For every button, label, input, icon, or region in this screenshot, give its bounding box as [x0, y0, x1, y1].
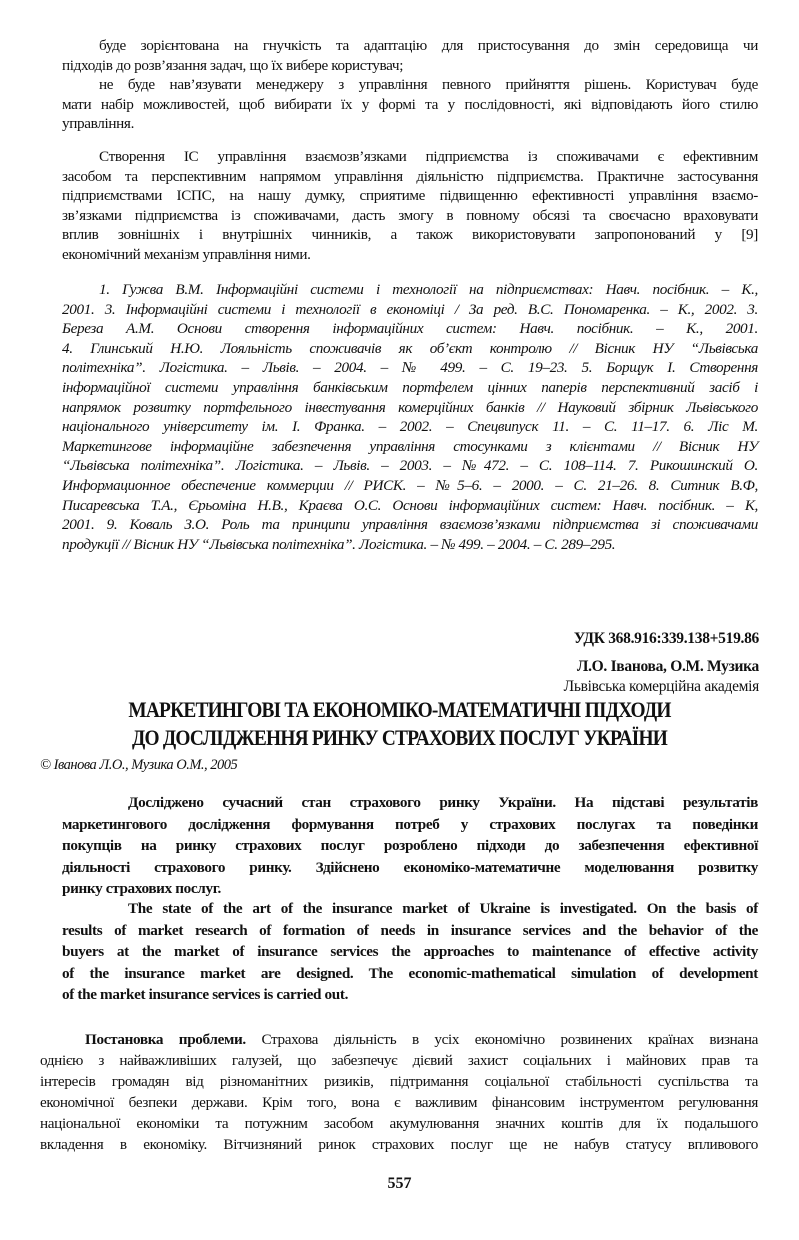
author-affiliation: Львівська комерційна академія: [564, 678, 759, 696]
abstract-line: results of market research of formation …: [62, 920, 758, 942]
abstract-line: of the market insurance services is carr…: [62, 984, 758, 1006]
abstract-line: діяльності страхового ринку. Здійснено е…: [62, 857, 758, 879]
reference-line: інформаційної системи управління банківс…: [62, 378, 758, 398]
abstract-line: покупців на ринку страхових послуг розро…: [62, 835, 758, 857]
text-line: буде зорієнтована на гнучкість та адапта…: [62, 36, 758, 56]
text-line: підприємствами ІСПС, на нашу думку, спри…: [62, 186, 758, 206]
page-number: 557: [0, 1175, 799, 1193]
reference-line: Маркетингове інформаційне забезпечення у…: [62, 437, 758, 457]
title-line: ДО ДОСЛІДЖЕННЯ РИНКУ СТРАХОВИХ ПОСЛУГ УК…: [56, 724, 743, 752]
text-line: вплив зовнішніх і внутрішніх чинників, а…: [62, 225, 758, 245]
abstract-line: маркетингового дослідження формування по…: [62, 814, 758, 836]
text-line: національної економіки та потужним засоб…: [40, 1113, 758, 1134]
reference-line: Береза А.М. Основи створення інформаційн…: [62, 319, 758, 339]
text-line: підходів до розв’язання задач, що їх виб…: [62, 56, 758, 76]
text-line: управління.: [62, 114, 758, 134]
reference-line: 2001. 3. Інформаційні системи і технолог…: [62, 300, 758, 320]
abstract-english: The state of the art of the insurance ma…: [62, 898, 758, 1006]
text-line: інтересів громадян від різноманітних риз…: [40, 1071, 758, 1092]
text-line: Постановка проблеми. Страхова діяльність…: [40, 1029, 758, 1050]
reference-line: “Львівська політехніка”. Логістика. – Ль…: [62, 456, 758, 476]
article-title: МАРКЕТИНГОВІ ТА ЕКОНОМІКО-МАТЕМАТИЧНІ ПІ…: [0, 696, 799, 752]
abstract-ukrainian: Досліджено сучасний стан страхового ринк…: [62, 792, 758, 900]
text-line: зв’язками підприємства із споживачами, д…: [62, 206, 758, 226]
reference-line: політехніка”. Логістика. – Львів. – 2004…: [62, 358, 758, 378]
problem-text: Страхова діяльність в усіх економічно ро…: [246, 1031, 758, 1048]
reference-line: Писаревська Т.А., Єрьоміна Н.В., Краєва …: [62, 496, 758, 516]
reference-line: напрямок розвитку портфельного інвестува…: [62, 398, 758, 418]
reference-line: 1. Гужва В.М. Інформаційні системи і тех…: [62, 280, 758, 300]
text-line: засобом та перспективним напрямом управл…: [62, 167, 758, 187]
article-authors: Л.О. Іванова, О.М. Музика: [577, 658, 759, 676]
text-line: економічної безпеки держави. Крім того, …: [40, 1092, 758, 1113]
text-line: мати набір можливостей, щоб вибирати їх …: [62, 95, 758, 115]
text-line: економічний механізм управління ними.: [62, 245, 758, 265]
reference-line: 4. Глинський Н.Ю. Лояльність споживачів …: [62, 339, 758, 359]
text-line: вкладення в економіку. Вітчизняний ринок…: [40, 1134, 758, 1155]
abstract-line: Досліджено сучасний стан страхового ринк…: [62, 792, 758, 814]
text-line: Створення ІС управління взаємозв’язками …: [62, 147, 758, 167]
problem-statement-section: Постановка проблеми. Страхова діяльність…: [40, 1029, 758, 1155]
problem-heading: Постановка проблеми.: [85, 1031, 246, 1048]
conclusion-paragraph: Створення ІС управління взаємозв’язками …: [62, 147, 758, 264]
text-line: не буде нав’язувати менеджеру з управлін…: [62, 75, 758, 95]
title-line: МАРКЕТИНГОВІ ТА ЕКОНОМІКО-МАТЕМАТИЧНІ ПІ…: [56, 696, 743, 724]
references-list: 1. Гужва В.М. Інформаційні системи і тех…: [62, 280, 758, 554]
reference-line: продукції // Вісник НУ “Львівська політе…: [62, 535, 758, 555]
copyright-notice: © Іванова Л.О., Музика О.М., 2005: [40, 757, 237, 774]
reference-line: 2001. 9. Коваль З.О. Роль та принципи уп…: [62, 515, 758, 535]
udk-code: УДК 368.916:339.138+519.86: [574, 630, 759, 648]
abstract-line: buyers at the market of insurance servic…: [62, 941, 758, 963]
reference-line: Информационное обеспечение коммерции // …: [62, 476, 758, 496]
intro-paragraphs: буде зорієнтована на гнучкість та адапта…: [62, 36, 758, 134]
reference-line: національного університету ім. І. Франка…: [62, 417, 758, 437]
abstract-line: of the insurance market are designed. Th…: [62, 963, 758, 985]
text-line: однією з найважливіших галузей, що забез…: [40, 1050, 758, 1071]
abstract-line: The state of the art of the insurance ma…: [62, 898, 758, 920]
abstract-line: ринку страхових послуг.: [62, 878, 758, 900]
